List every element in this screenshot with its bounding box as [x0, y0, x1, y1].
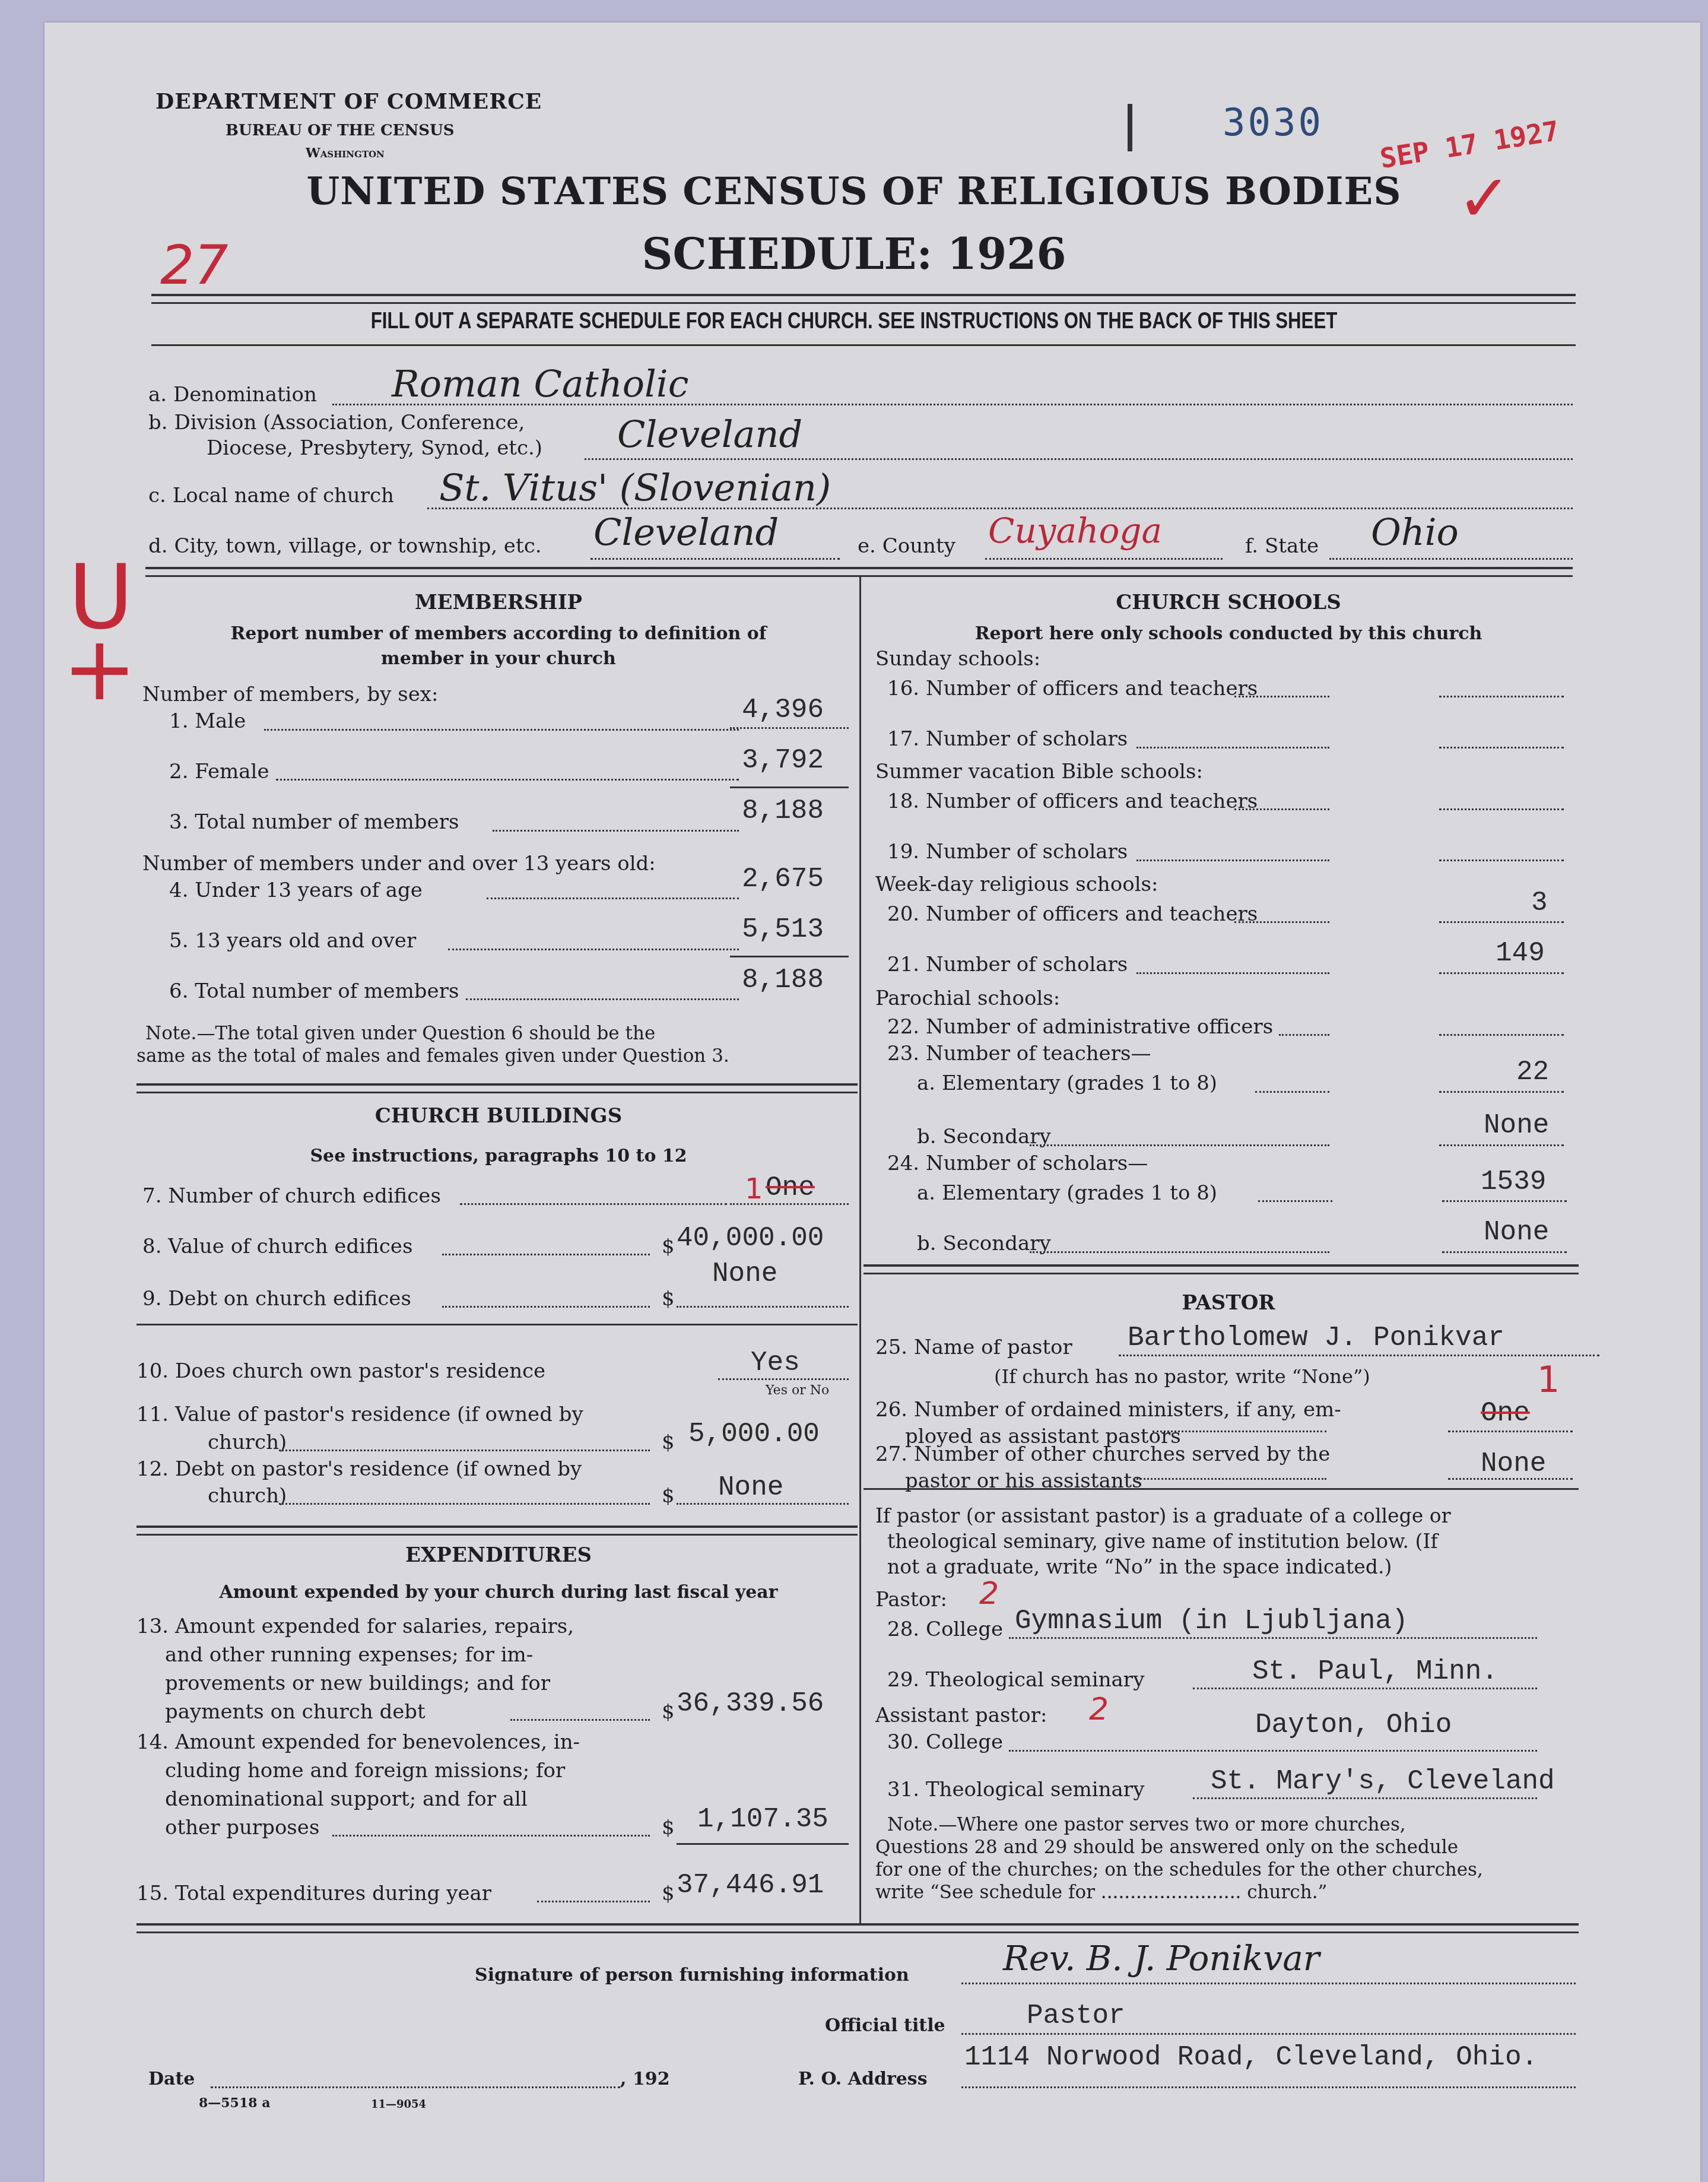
assistant-count-label: 26. Number of ordained ministers, if any…: [875, 1398, 1341, 1422]
scholars-secondary-field[interactable]: None: [1484, 1217, 1549, 1248]
sunday-scholars-label: 17. Number of scholars: [887, 727, 1128, 751]
divider: [136, 1526, 858, 1536]
membership-heading: MEMBERSHIP: [136, 591, 861, 614]
denomination-field[interactable]: Roman Catholic: [392, 362, 688, 405]
po-address-label: P. O. Address: [798, 2069, 928, 2089]
teachers-elementary-field[interactable]: 22: [1516, 1057, 1549, 1087]
signature-field[interactable]: Rev. B. J. Ponikvar: [1003, 1938, 1320, 1978]
other-churches-field[interactable]: None: [1481, 1448, 1546, 1479]
edifices-debt-field[interactable]: None: [712, 1258, 777, 1289]
schools-subheading: Report here only schools conducted by th…: [863, 623, 1593, 644]
by-sex-label: Number of members, by sex:: [142, 683, 438, 706]
expenditures-subheading: Amount expended by your church during la…: [136, 1582, 861, 1603]
leader-line: [1134, 1478, 1326, 1480]
total-members-label: 3. Total number of members: [169, 810, 459, 834]
membership-subheading-2: member in your church: [136, 648, 861, 669]
summer-schools-title: Summer vacation Bible schools:: [875, 760, 1203, 784]
division-label: b. Division (Association, Conference,: [148, 411, 525, 435]
assistant-education-mark: 2: [1089, 1692, 1109, 1727]
divider: [151, 294, 1576, 304]
answer-line: [1009, 1637, 1537, 1639]
leader-line: [1136, 972, 1329, 974]
department-name: DEPARTMENT OF COMMERCE: [155, 89, 542, 114]
divider: [151, 344, 1576, 346]
dollar-sign: $: [662, 1816, 675, 1840]
schools-heading: CHURCH SCHOOLS: [863, 591, 1593, 614]
state-line: [1329, 558, 1573, 560]
pastor-seminary-label: 29. Theological seminary: [887, 1668, 1144, 1692]
sum-line: [730, 786, 849, 788]
pastor-note: Note.—Where one pastor serves two or mor…: [887, 1813, 1406, 1836]
pastor-name-label: 25. Name of pastor: [875, 1336, 1072, 1359]
leader-line: [448, 949, 739, 950]
leader-line: [510, 1719, 650, 1721]
yes-or-no-hint: Yes or No: [766, 1383, 829, 1398]
by-age-label: Number of members under and over 13 year…: [142, 852, 656, 876]
leader-line: [493, 830, 739, 832]
divider: [136, 1923, 1579, 1933]
residence-value-field[interactable]: 5,000.00: [688, 1419, 820, 1450]
city-field[interactable]: Cleveland: [593, 510, 779, 554]
leader-line: [279, 1450, 650, 1451]
under-13-label: 4. Under 13 years of age: [169, 878, 423, 902]
pastor-note-4: write “See schedule for ................…: [875, 1881, 1327, 1904]
parochial-admin-label: 22. Number of administrative officers: [887, 1015, 1273, 1039]
answer-line: [1439, 747, 1564, 749]
benevolences-expense-field[interactable]: 1,107.35: [697, 1804, 828, 1835]
margin-mark-27: 27: [160, 234, 228, 297]
summer-teachers-label: 18. Number of officers and teachers: [887, 789, 1258, 813]
exp-14-line4: other purposes: [165, 1816, 319, 1840]
answer-line: [1193, 1797, 1537, 1799]
exp-13-line3: provements or new buildings; and for: [165, 1672, 550, 1695]
answer-line: [1448, 1431, 1573, 1432]
edifices-value-field[interactable]: 40,000.00: [677, 1223, 824, 1254]
po-address-line: [961, 2086, 1576, 2088]
answer-line: [677, 1306, 849, 1308]
owns-residence-label: 10. Does church own pastor's residence: [136, 1359, 545, 1383]
date-year-suffix: , 192: [620, 2069, 670, 2089]
church-name-label: c. Local name of church: [148, 484, 394, 508]
po-address-field[interactable]: 1114 Norwood Road, Cleveland, Ohio.: [964, 2042, 1538, 2073]
edifices-debt-label: 9. Debt on church edifices: [142, 1287, 411, 1311]
pastor-note-2: Questions 28 and 29 should be answered o…: [875, 1836, 1458, 1858]
answer-line: [1439, 808, 1564, 810]
file-number-stamp: 3030: [1223, 101, 1323, 145]
over-13-label: 5. 13 years old and over: [169, 929, 416, 953]
city-label: d. City, town, village, or township, etc…: [148, 534, 542, 558]
divider: [863, 1264, 1579, 1274]
exp-14-line1: 14. Amount expended for benevolences, in…: [136, 1730, 580, 1754]
assistant-seminary-label: 31. Theological seminary: [887, 1778, 1144, 1802]
leader-line: [1234, 696, 1329, 697]
parochial-teachers-label: 23. Number of teachers—: [887, 1042, 1151, 1065]
exp-14-line2: cluding home and foreign missions; for: [165, 1759, 565, 1783]
assistant-seminary-field[interactable]: St. Mary's, Cleveland: [1211, 1766, 1555, 1797]
weekday-teachers-field[interactable]: 3: [1531, 887, 1548, 918]
weekday-teachers-label: 20. Number of officers and teachers: [887, 902, 1258, 926]
total-members-label-2: 6. Total number of members: [169, 979, 459, 1003]
weekday-schools-title: Week-day religious schools:: [875, 873, 1158, 896]
assistant-education-label: Assistant pastor:: [875, 1704, 1047, 1727]
salaries-expense-field[interactable]: 36,339.56: [677, 1688, 824, 1719]
dollar-sign: $: [662, 1484, 675, 1508]
division-field[interactable]: Cleveland: [617, 413, 802, 456]
exp-15-label: 15. Total expenditures during year: [136, 1882, 491, 1905]
residence-debt-label: 12. Debt on pastor's residence (if owned…: [136, 1457, 582, 1481]
answer-line: [1439, 696, 1564, 697]
division-label-2: Diocese, Presbytery, Synod, etc.): [207, 436, 542, 460]
edifices-count-correction: 1: [745, 1172, 763, 1206]
leader-line: [1255, 1091, 1329, 1093]
leader-line: [537, 1901, 650, 1902]
bureau-city: Washington: [306, 145, 385, 161]
leader-line: [442, 1306, 650, 1308]
under-13-count[interactable]: 2,675: [742, 864, 824, 895]
official-title-field[interactable]: Pastor: [1027, 2000, 1125, 2031]
print-code: 11—9054: [371, 2098, 426, 2111]
sunday-teachers-label: 16. Number of officers and teachers: [887, 677, 1258, 700]
graduate-note-3: not a graduate, write “No” in the space …: [887, 1556, 1392, 1578]
residence-value-label-2: church): [208, 1431, 287, 1454]
leader-line: [466, 998, 739, 1000]
owns-residence-field[interactable]: Yes: [751, 1347, 800, 1378]
pastor-seminary-field[interactable]: St. Paul, Minn.: [1252, 1656, 1498, 1687]
weekday-scholars-field[interactable]: 149: [1496, 938, 1545, 969]
answer-line: [1439, 1034, 1564, 1036]
summer-scholars-label: 19. Number of scholars: [887, 840, 1128, 864]
leader-line: [1234, 921, 1329, 923]
residence-debt-label-2: church): [208, 1484, 287, 1508]
answer-line: [1119, 1355, 1599, 1356]
city-line: [591, 558, 840, 560]
leader-line: [1234, 808, 1329, 810]
county-label: e. County: [858, 534, 955, 558]
answer-line: [1439, 972, 1564, 974]
answer-line: [1442, 1200, 1567, 1202]
answer-line: [1193, 1688, 1537, 1689]
leader-line: [1136, 747, 1329, 749]
edifices-value-label: 8. Value of church edifices: [142, 1235, 412, 1258]
state-field[interactable]: Ohio: [1371, 510, 1459, 554]
answer-line: [1442, 1251, 1567, 1253]
pastor-note-3: for one of the churches; on the schedule…: [875, 1858, 1483, 1881]
answer-line: [1439, 1091, 1564, 1093]
divider: [863, 1488, 1579, 1490]
official-title-label: Official title: [825, 2015, 945, 2036]
sunday-schools-title: Sunday schools:: [875, 647, 1040, 671]
church-name-field[interactable]: St. Vitus' (Slovenian): [439, 466, 831, 509]
divider: [136, 1324, 858, 1325]
residence-value-label: 11. Value of pastor's residence (if owne…: [136, 1403, 583, 1426]
date-label: Date: [148, 2069, 195, 2089]
scholars-elementary-field[interactable]: 1539: [1481, 1166, 1546, 1197]
answer-line: [677, 1503, 849, 1505]
exp-14-line3: denominational support; and for all: [165, 1787, 528, 1811]
edifices-count-label: 7. Number of church edifices: [142, 1184, 441, 1208]
dollar-sign: $: [662, 1235, 675, 1258]
answer-line: [1439, 921, 1564, 923]
pastor-name-hint: (If church has no pastor, write “None”): [994, 1365, 1370, 1388]
leader-line: [1279, 1034, 1329, 1036]
bureau-name: BUREAU OF THE CENSUS: [226, 122, 454, 139]
pastor-college-field[interactable]: Gymnasium (in Ljubljana): [1015, 1606, 1408, 1636]
leader-line: [1030, 1251, 1329, 1253]
answer-line: [730, 727, 849, 729]
form-code: 8—5518 a: [199, 2095, 270, 2111]
dollar-sign: $: [662, 1287, 675, 1311]
leader-line: [460, 1203, 727, 1205]
date-field[interactable]: [211, 2060, 620, 2089]
pastor-education-mark: 2: [979, 1576, 999, 1612]
weekday-scholars-label: 21. Number of scholars: [887, 953, 1128, 976]
divider: [136, 1083, 858, 1093]
exp-13-line2: and other running expenses; for im-: [165, 1643, 533, 1667]
parochial-scholars-label: 24. Number of scholars—: [887, 1152, 1148, 1175]
dollar-sign: $: [662, 1700, 675, 1724]
edifices-count-field[interactable]: One: [766, 1172, 815, 1203]
graduate-note: If pastor (or assistant pastor) is a gra…: [875, 1505, 1450, 1527]
leader-line: [1030, 1144, 1329, 1146]
leader-line: [332, 1835, 650, 1837]
assistant-college-field[interactable]: Dayton, Ohio: [1255, 1710, 1452, 1740]
official-title-line: [961, 2033, 1576, 2035]
dollar-sign: $: [662, 1431, 675, 1454]
county-field[interactable]: Cuyahoga: [988, 510, 1162, 551]
leader-line: [1136, 860, 1329, 861]
male-count[interactable]: 4,396: [742, 694, 824, 725]
assistant-count-field[interactable]: One: [1481, 1398, 1530, 1429]
leader-line: [442, 1254, 650, 1255]
sum-line: [730, 956, 849, 957]
form-title: UNITED STATES CENSUS OF RELIGIOUS BODIES: [0, 169, 1708, 214]
leader-line: [1153, 1431, 1326, 1432]
expenditures-heading: EXPENDITURES: [136, 1543, 861, 1567]
scholars-elementary-label: a. Elementary (grades 1 to 8): [917, 1181, 1217, 1205]
buildings-subheading: See instructions, paragraphs 10 to 12: [136, 1146, 861, 1166]
female-label: 2. Female: [169, 760, 269, 784]
assistant-college-label: 30. College: [887, 1730, 1003, 1754]
pastor-heading: PASTOR: [863, 1291, 1593, 1315]
pastor-education-label: Pastor:: [875, 1588, 947, 1612]
answer-line: [1009, 1750, 1537, 1752]
membership-note: Note.—The total given under Question 6 s…: [145, 1022, 655, 1045]
pastor-name-field[interactable]: Bartholomew J. Ponikvar: [1128, 1322, 1504, 1353]
residence-debt-field[interactable]: None: [718, 1472, 783, 1503]
sum-line: [677, 1843, 849, 1845]
stamp-bar-icon: [1128, 104, 1142, 151]
assistant-count-correction: 1: [1537, 1359, 1560, 1401]
other-churches-label: 27. Number of other churches served by t…: [875, 1442, 1330, 1466]
teachers-elementary-label: a. Elementary (grades 1 to 8): [917, 1071, 1217, 1095]
parochial-schools-title: Parochial schools:: [875, 987, 1060, 1010]
state-label: f. State: [1245, 534, 1319, 558]
leader-line: [279, 1503, 650, 1505]
female-count[interactable]: 3,792: [742, 745, 824, 776]
answer-line: [718, 1378, 849, 1380]
column-divider: [859, 576, 861, 1923]
margin-mark-plus: +: [62, 617, 137, 721]
buildings-heading: CHURCH BUILDINGS: [136, 1104, 861, 1128]
total-members-count[interactable]: 8,188: [742, 795, 824, 826]
graduate-note-2: theological seminary, give name of insti…: [887, 1530, 1438, 1553]
dollar-sign: $: [662, 1882, 675, 1905]
membership-note-2: same as the total of males and females g…: [136, 1045, 729, 1067]
leader-line: [487, 897, 739, 899]
denomination-label: a. Denomination: [148, 383, 317, 407]
membership-subheading: Report number of members according to de…: [136, 623, 861, 644]
answer-line: [1439, 1144, 1564, 1146]
pastor-college-label: 28. College: [887, 1618, 1003, 1641]
total-members-count-2[interactable]: 8,188: [742, 965, 824, 995]
form-schedule: SCHEDULE: 1926: [0, 229, 1708, 279]
signature-label: Signature of person furnishing informati…: [475, 1965, 909, 1986]
leader-line: [276, 779, 739, 781]
leader-line: [264, 729, 739, 731]
exp-13-line4: payments on church debt: [165, 1700, 426, 1724]
leader-line: [1258, 1200, 1332, 1202]
instruction-banner: FILL OUT A SEPARATE SCHEDULE FOR EACH CH…: [154, 309, 1554, 334]
teachers-secondary-field[interactable]: None: [1484, 1110, 1549, 1141]
answer-line: [1439, 860, 1564, 861]
total-expenditure-field[interactable]: 37,446.91: [677, 1870, 824, 1901]
exp-13-line1: 13. Amount expended for salaries, repair…: [136, 1615, 574, 1638]
county-line: [985, 558, 1223, 560]
division-line: [585, 458, 1573, 460]
over-13-count[interactable]: 5,513: [742, 914, 824, 945]
signature-line: [961, 1983, 1576, 1984]
male-label: 1. Male: [169, 709, 246, 733]
